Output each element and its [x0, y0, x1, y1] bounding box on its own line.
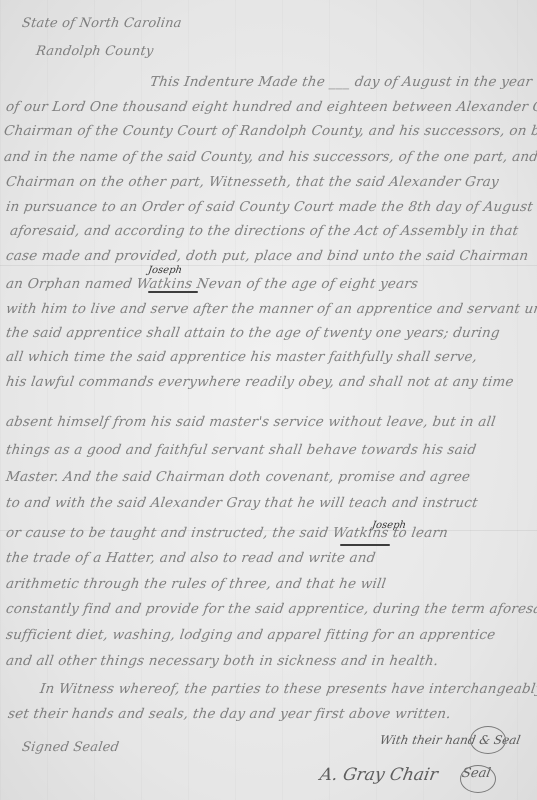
header-state: State of North Carolina: [21, 16, 183, 31]
body-line: arithmetic through the rules of three, a…: [5, 576, 387, 592]
body-line: with him to live and serve after the man…: [5, 301, 537, 317]
seal-mark: [470, 726, 506, 754]
inserted-name: Joseph: [147, 265, 182, 276]
body-line: and in the name of the said County, and …: [3, 149, 537, 165]
body-line: This Indenture Made the ___ day of Augus…: [149, 74, 533, 90]
body-line: all which time the said apprentice his m…: [5, 349, 478, 365]
body-line: the said apprentice shall attain to the …: [5, 325, 501, 341]
body-line: Chairman of the County Court of Randolph…: [3, 123, 537, 139]
body-line: the trade of a Hatter, and also to read …: [5, 550, 377, 566]
body-line: things as a good and faithful servant sh…: [5, 442, 478, 458]
body-line: sufficient diet, washing, lodging and ap…: [5, 627, 497, 643]
signature: A. Gray Chair: [318, 765, 439, 785]
body-line: and all other things necessary both in s…: [5, 653, 440, 669]
strikethrough: [340, 544, 390, 546]
body-line: an Orphan named Watkins Nevan of the age…: [5, 276, 419, 292]
body-line: or cause to be taught and instructed, th…: [5, 525, 449, 541]
seal-mark: [460, 765, 496, 793]
body-line: case made and provided, doth put, place …: [5, 248, 530, 264]
body-line: to and with the said Alexander Gray that…: [5, 495, 479, 511]
body-line: of our Lord One thousand eight hundred a…: [5, 99, 537, 115]
body-line: aforesaid, and according to the directio…: [9, 223, 519, 239]
body-line: constantly find and provide for the said…: [5, 601, 537, 617]
body-line: his lawful commands everywhere readily o…: [5, 374, 515, 390]
manuscript-page: State of North Carolina Randolph County …: [0, 0, 537, 800]
attestation: Signed Sealed: [21, 740, 120, 755]
header-county: Randolph County: [35, 44, 155, 59]
body-line: in pursuance to an Order of said County …: [5, 199, 534, 215]
body-line: absent himself from his said master's se…: [5, 414, 497, 430]
fold-line: [0, 265, 537, 266]
body-line: In Witness whereof, the parties to these…: [39, 681, 537, 697]
body-line: Master. And the said Chairman doth coven…: [5, 469, 471, 485]
body-line: Chairman on the other part, Witnesseth, …: [5, 174, 500, 190]
body-line: set their hands and seals, the day and y…: [7, 706, 452, 722]
